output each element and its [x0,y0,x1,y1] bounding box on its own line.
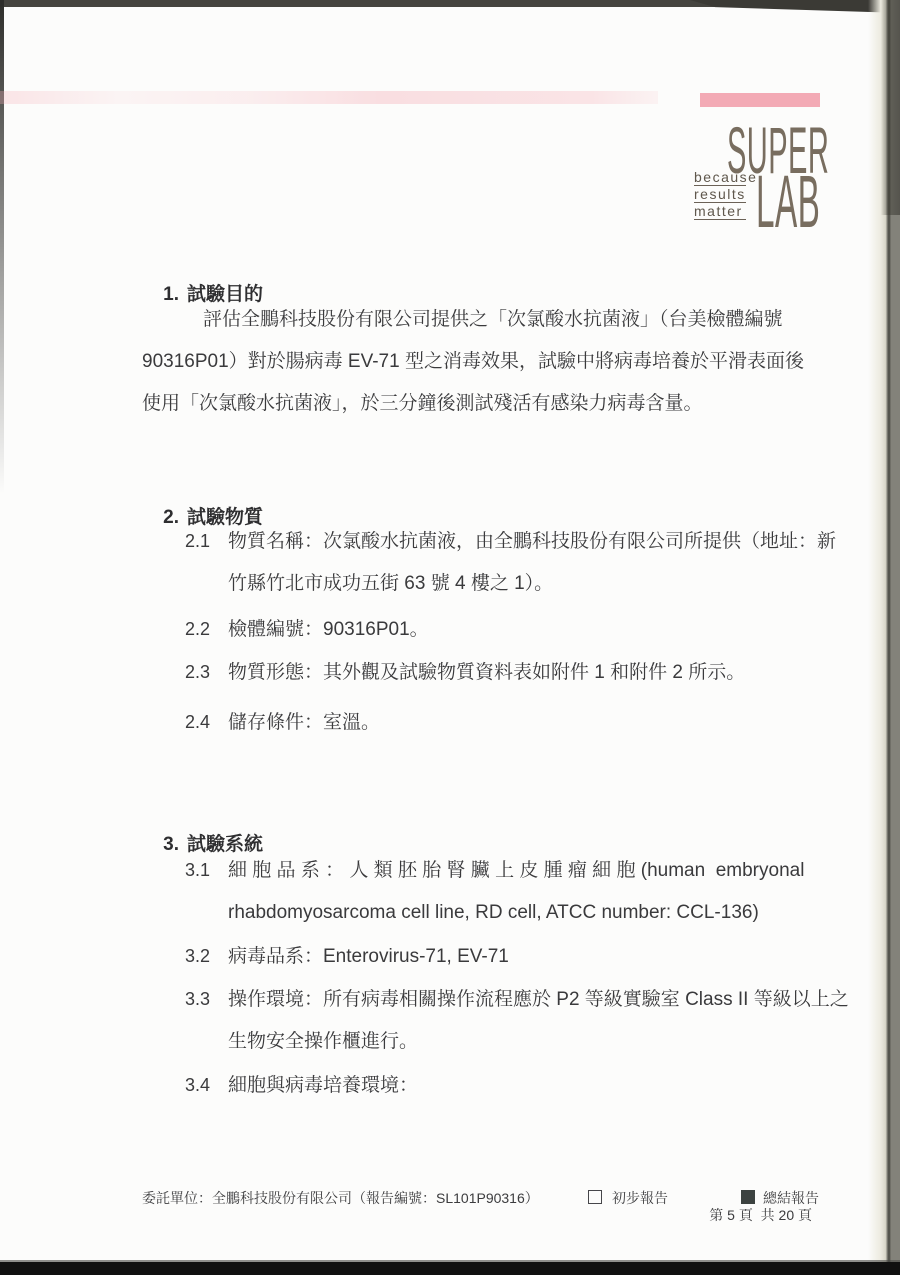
logo-accent-bar [700,93,820,107]
item-3-4-line: 細胞與病毒培養環境： [228,1073,418,1099]
item-3-2-line: 病毒品系：Enterovirus-71, EV-71 [228,944,509,970]
item-2-3-number: 2.3 [185,662,210,683]
item-3-1-line: 細 胞 品 系 ： 人 類 胚 胎 腎 臟 上 皮 腫 瘤 細 胞 (human… [228,858,804,884]
section-1-paragraph-line: 90316P01）對於腸病毒 EV-71 型之消毒效果，試驗中將病毒培養於平滑表… [142,349,804,375]
section-1-number: 1. [163,282,179,308]
item-2-4-line: 儲存條件：室溫。 [228,710,380,736]
item-3-3-number: 3.3 [185,989,210,1010]
scan-edge-left [0,0,4,520]
scan-edge-bottom [0,1262,900,1275]
footer-client-line: 委託單位：全鵬科技股份有限公司（報告編號：SL101P90316） [142,1188,539,1208]
item-3-3-line: 生物安全操作櫃進行。 [228,1029,418,1055]
item-2-3-line: 物質形態：其外觀及試驗物質資料表如附件 1 和附件 2 所示。 [228,660,745,686]
tagline-results: results [694,187,746,203]
checkbox-preliminary-report-icon [588,1190,602,1204]
section-1-paragraph-line: 評估全鵬科技股份有限公司提供之「次氯酸水抗菌液」（台美檢體編號 [203,307,783,333]
item-2-2-number: 2.2 [185,619,210,640]
section-2-title: 試驗物質 [187,507,263,528]
checkbox-final-report-icon [741,1190,755,1204]
item-3-1-number: 3.1 [185,860,210,881]
item-3-1-line: rhabdomyosarcoma cell line, RD cell, ATC… [228,900,759,926]
item-2-1-line: 物質名稱：次氯酸水抗菌液，由全鵬科技股份有限公司所提供（地址：新 [228,529,836,555]
item-2-4-number: 2.4 [185,712,210,733]
section-1-paragraph-line: 使用「次氯酸水抗菌液」，於三分鐘後測試殘活有感染力病毒含量。 [142,391,703,417]
logo-word-lab: LAB [756,165,820,239]
tagline-matter: matter [694,204,746,220]
item-2-1-line: 竹縣竹北市成功五街 63 號 4 樓之 1）。 [228,571,553,597]
item-3-3-line: 操作環境：所有病毒相關操作流程應於 P2 等級實驗室 Class II 等級以上… [228,987,849,1013]
logo-tagline: because results matter [694,170,746,221]
section-3-number: 3. [163,832,179,858]
item-2-2-line: 檢體編號：90316P01。 [228,617,429,643]
item-3-2-number: 3.2 [185,946,210,967]
tagline-because: because [694,170,746,186]
section-3-title: 試驗系統 [187,834,263,855]
section-1-title: 試驗目的 [187,284,263,305]
scanned-report-page: SUPER LAB because results matter 1.試驗目的 … [0,0,900,1275]
item-2-1-number: 2.1 [185,531,210,552]
scan-edge-right-top-shadow [868,0,900,215]
section-2-number: 2. [163,505,179,531]
item-3-4-number: 3.4 [185,1075,210,1096]
faint-pink-band [0,91,658,104]
footer-page-info: 第 5 頁 共 20 頁 [640,1205,812,1225]
